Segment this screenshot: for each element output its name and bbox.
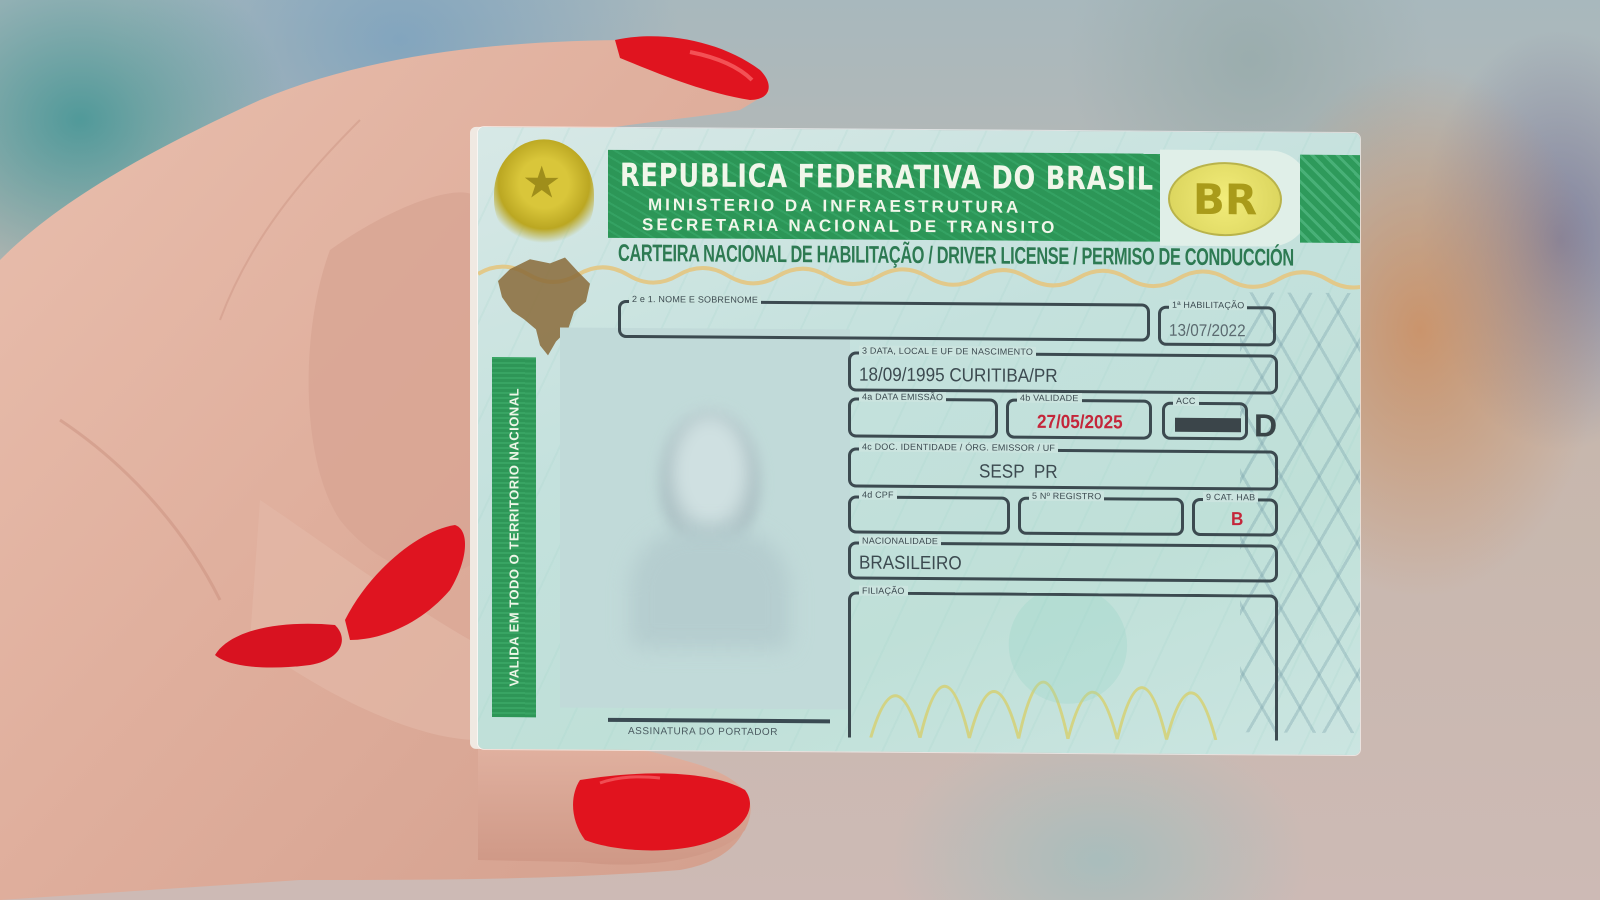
header-secretariat: SECRETARIA NACIONAL DE TRANSITO xyxy=(642,215,1057,238)
field-first-license: 1ª HABILITAÇÃO 13/07/2022 xyxy=(1158,306,1276,347)
field-cpf: 4d CPF xyxy=(848,496,1010,535)
field-category: 9 CAT. HAB B xyxy=(1192,498,1278,537)
banner-pattern xyxy=(1300,155,1360,243)
field-nationality: NACIONALIDADE BRASILEIRO xyxy=(848,542,1278,583)
header-banner: REPUBLICA FEDERATIVA DO BRASIL MINISTERI… xyxy=(608,150,1160,242)
signature-label: ASSINATURA DO PORTADOR xyxy=(628,726,778,738)
field-id-doc: 4c DOC. IDENTIDADE / ÓRG. EMISSOR / UF S… xyxy=(848,448,1278,491)
header-ministry: MINISTERIO DA INFRAESTRUTURA xyxy=(648,195,1021,218)
field-registration: 5 Nº REGISTRO xyxy=(1018,497,1184,536)
decorative-wave xyxy=(478,259,1360,295)
filiation-guilloche xyxy=(851,595,1275,741)
validity-strip: VALIDA EM TODO O TERRITORIO NACIONAL xyxy=(492,357,536,717)
acc-redacted-bar xyxy=(1175,418,1241,432)
coat-of-arms-icon xyxy=(494,139,594,250)
signature-line xyxy=(608,718,830,724)
holder-photo xyxy=(560,327,850,709)
br-badge: BR xyxy=(1168,162,1282,237)
field-issue-date: 4a DATA EMISSÃO xyxy=(848,398,998,439)
driver-license-card: REPUBLICA FEDERATIVA DO BRASIL MINISTERI… xyxy=(478,127,1360,755)
header-country: REPUBLICA FEDERATIVA DO BRASIL xyxy=(620,156,1154,198)
photo-body xyxy=(630,528,790,649)
field-validity: 4b VALIDADE 27/05/2025 xyxy=(1006,399,1152,440)
field-filiation: FILIAÇÃO xyxy=(848,592,1278,741)
field-birth: 3 DATA, LOCAL E UF DE NASCIMENTO 18/09/1… xyxy=(848,352,1278,395)
field-name: 2 e 1. NOME E SOBRENOME xyxy=(618,300,1150,342)
acc-category: D xyxy=(1254,407,1277,444)
field-acc: ACC xyxy=(1162,402,1248,441)
